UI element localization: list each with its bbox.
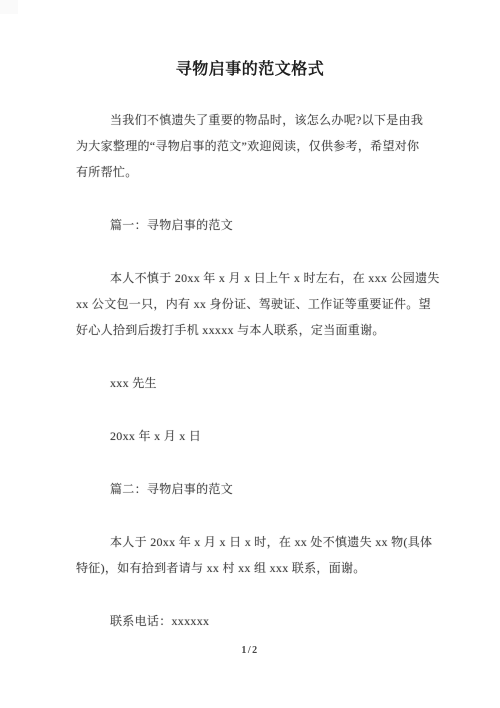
section-1-heading: 篇一：寻物启事的范文 bbox=[76, 212, 426, 238]
page-number: 1/2 bbox=[0, 644, 500, 658]
date-line: 20xx 年 x 月 x 日 bbox=[76, 423, 426, 449]
page-title: 寻物启事的范文格式 bbox=[0, 58, 500, 80]
document-page: 寻物启事的范文格式 当我们不慎遗失了重要的物品时，该怎么办呢?以下是由我 为大家… bbox=[0, 0, 500, 708]
intro-paragraph: 当我们不慎遗失了重要的物品时，该怎么办呢?以下是由我 为大家整理的“寻物启事的范… bbox=[76, 107, 426, 185]
section-1-paragraph: 本人不慎于 20xx 年 x 月 x 日上午 x 时左右，在 xxx 公园遗失 … bbox=[76, 265, 426, 343]
scan-corner-artifact bbox=[0, 0, 18, 14]
document-body: 当我们不慎遗失了重要的物品时，该怎么办呢?以下是由我 为大家整理的“寻物启事的范… bbox=[76, 107, 426, 661]
section-2-heading: 篇二：寻物启事的范文 bbox=[76, 476, 426, 502]
section-2-paragraph: 本人于 20xx 年 x 月 x 日 x 时，在 xx 处不慎遗失 xx 物(具… bbox=[76, 529, 426, 581]
contact-phone-line: 联系电话：xxxxxx bbox=[76, 608, 426, 634]
signature-line: xxx 先生 bbox=[76, 370, 426, 396]
